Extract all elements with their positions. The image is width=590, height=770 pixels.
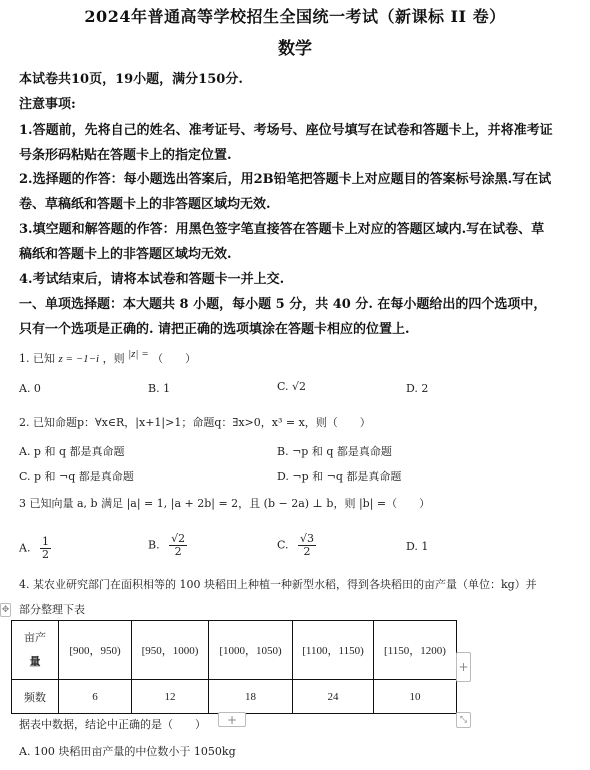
q1-prefix: 1. 已知 xyxy=(19,352,55,365)
option-c: C. √32 xyxy=(277,533,316,558)
q1-mid: ，则 xyxy=(103,352,125,365)
exam-title: 2024年普通高等学校招生全国统一考试（新课标 II 卷） xyxy=(0,4,590,27)
add-column-button[interactable]: + xyxy=(456,652,471,682)
table-cell: [950，1000) xyxy=(132,621,209,680)
add-row-button[interactable]: + xyxy=(218,712,246,727)
table-cell: 6 xyxy=(59,680,132,714)
table-cell: 10 xyxy=(374,680,457,714)
q1-math2: |z| = xyxy=(128,348,149,360)
question-1-stem: 1. 已知 z = −1−i ，则 |z| = （ ） xyxy=(19,350,196,366)
subject-title: 数学 xyxy=(0,34,590,59)
q1-math: z = −1−i xyxy=(59,353,100,365)
table-move-handle-icon[interactable]: ✥ xyxy=(0,603,11,617)
notes-heading: 注意事项: xyxy=(19,93,76,112)
fraction: √32 xyxy=(298,533,316,558)
note-line: 4.考试结束后，请将本试卷和答题卡一并上交. xyxy=(19,268,284,287)
fraction: √22 xyxy=(169,533,187,558)
option-b: B. √22 xyxy=(148,533,187,558)
table-cell: [1150，1200) xyxy=(374,621,457,680)
option-c: C. √2 xyxy=(277,380,306,393)
option-b: B. 1 xyxy=(148,382,170,395)
note-line: 2.选择题的作答：每小题选出答案后，用2B铅笔把答题卡上对应题目的答案标号涂黑.… xyxy=(19,168,551,187)
table-resize-handle-icon[interactable]: ⤡ xyxy=(456,712,471,728)
question-3-stem: 3 已知向量 a, b 满足 |a| = 1, |a + 2b| = 2，且 (… xyxy=(19,495,430,511)
note-line: 稿纸和答题卡上的非答题区域均无效. xyxy=(19,243,232,262)
option-d: D. 2 xyxy=(406,382,428,395)
yield-frequency-table: 亩产 量 [900，950) [950，1000) [1000，1050) [1… xyxy=(11,620,457,714)
row-header: 频数 xyxy=(12,680,59,714)
note-line: 3.填空题和解答题的作答：用黑色签字笔直接答在答题卡上对应的答题区域内.写在试卷… xyxy=(19,218,544,237)
q1-suffix: （ ） xyxy=(152,352,196,365)
option-c: C. p 和 ¬q 都是真命题 xyxy=(19,468,134,484)
option-a: A. 12 xyxy=(19,536,51,561)
table-cell: [900，950) xyxy=(59,621,132,680)
option-d: D. 1 xyxy=(406,540,428,553)
note-line: 卷、草稿纸和答题卡上的非答题区域均无效. xyxy=(19,193,271,212)
note-line: 1.答题前，先将自己的姓名、准考证号、考场号、座位号填写在试卷和答题卡上，并将准… xyxy=(19,119,553,138)
row-header: 亩产 量 xyxy=(12,621,59,680)
table-row: 频数 6 12 18 24 10 xyxy=(12,680,457,714)
table-cell: [1100，1150) xyxy=(293,621,374,680)
table-cell: 18 xyxy=(209,680,293,714)
question-4-stem: 4. 某农业研究部门在面积相等的 100 块稻田上种植一种新型水稻，得到各块稻田… xyxy=(19,576,537,592)
option-b: B. ¬p 和 q 都是真命题 xyxy=(277,443,392,459)
question-4-stem: 部分整理下表 xyxy=(19,601,85,617)
option-d: D. ¬p 和 ¬q 都是真命题 xyxy=(277,468,401,484)
note-line: 号条形码粘贴在答题卡上的指定位置. xyxy=(19,144,232,163)
table-cell: 24 xyxy=(293,680,374,714)
fraction: 12 xyxy=(40,536,51,561)
option-a: A. p 和 q 都是真命题 xyxy=(19,443,125,459)
table-cell: [1000，1050) xyxy=(209,621,293,680)
option-a: A. 100 块稻田亩产量的中位数小于 1050kg xyxy=(19,743,236,759)
table-row: 亩产 量 [900，950) [950，1000) [1000，1050) [1… xyxy=(12,621,457,680)
section-heading: 一、单项选择题：本大题共 8 小题，每小题 5 分，共 40 分. 在每小题给出… xyxy=(19,293,546,312)
question-4-prompt: 据表中数据，结论中正确的是（ ） xyxy=(19,716,206,732)
option-a: A. 0 xyxy=(19,382,41,395)
exam-summary: 本试卷共10页，19小题，满分150分. xyxy=(19,68,243,87)
section-heading: 只有一个选项是正确的. 请把正确的选项填涂在答题卡相应的位置上. xyxy=(19,318,410,337)
question-2-stem: 2. 已知命题p：∀x∈R，|x+1|>1；命题q：∃x>0，x³ = x，则（… xyxy=(19,414,371,430)
table-cell: 12 xyxy=(132,680,209,714)
